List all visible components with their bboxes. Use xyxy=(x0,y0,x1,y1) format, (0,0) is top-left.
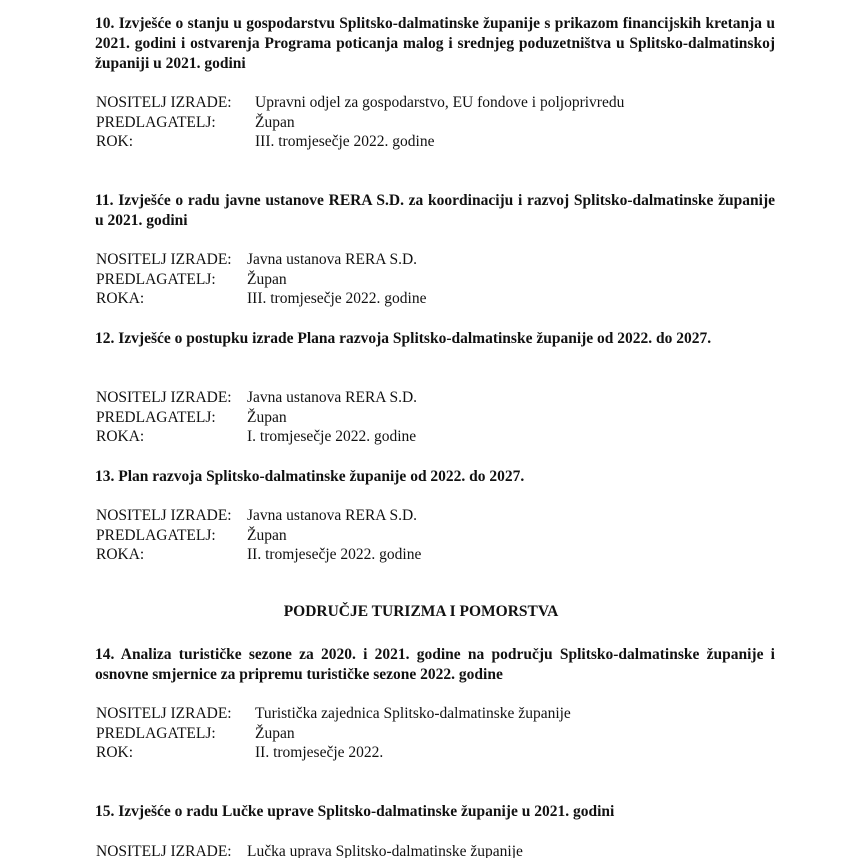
nositelj-label: NOSITELJ IZRADE: xyxy=(96,250,247,270)
nositelj-label: NOSITELJ IZRADE: xyxy=(96,388,247,408)
rok-value: II. tromjesečje 2022. xyxy=(255,743,383,763)
rok-label: ROK: xyxy=(96,743,255,763)
item-11-heading: 11. Izvješće o radu javne ustanove RERA … xyxy=(95,191,775,231)
item-15-meta: NOSITELJ IZRADE:Lučka uprava Splitsko-da… xyxy=(96,842,523,858)
item-15-heading: 15. Izvješće o radu Lučke uprave Splitsk… xyxy=(95,802,775,822)
nositelj-label: NOSITELJ IZRADE: xyxy=(96,93,255,113)
rok-label: ROKA: xyxy=(96,545,247,565)
predlagatelj-label: PREDLAGATELJ: xyxy=(96,408,247,428)
rok-label: ROK: xyxy=(96,132,255,152)
item-13-meta: NOSITELJ IZRADE:Javna ustanova RERA S.D.… xyxy=(96,506,421,565)
nositelj-value: Lučka uprava Splitsko-dalmatinske župani… xyxy=(247,842,523,858)
predlagatelj-value: Župan xyxy=(247,408,287,428)
rok-label: ROKA: xyxy=(96,289,247,309)
item-12-meta: NOSITELJ IZRADE:Javna ustanova RERA S.D.… xyxy=(96,388,417,447)
item-11-meta: NOSITELJ IZRADE:Javna ustanova RERA S.D.… xyxy=(96,250,426,309)
item-10-meta: NOSITELJ IZRADE:Upravni odjel za gospoda… xyxy=(96,93,624,152)
item-10-heading: 10. Izvješće o stanju u gospodarstvu Spl… xyxy=(95,14,775,74)
predlagatelj-label: PREDLAGATELJ: xyxy=(96,270,247,290)
nositelj-value: Turistička zajednica Splitsko-dalmatinsk… xyxy=(255,704,571,724)
predlagatelj-label: PREDLAGATELJ: xyxy=(96,526,247,546)
predlagatelj-value: Župan xyxy=(247,526,287,546)
section-title: PODRUČJE TURIZMA I POMORSTVA xyxy=(0,603,842,621)
item-12-heading: 12. Izvješće o postupku izrade Plana raz… xyxy=(95,329,775,349)
predlagatelj-label: PREDLAGATELJ: xyxy=(96,724,255,744)
nositelj-label: NOSITELJ IZRADE: xyxy=(96,704,255,724)
nositelj-value: Javna ustanova RERA S.D. xyxy=(247,250,417,270)
nositelj-value: Upravni odjel za gospodarstvo, EU fondov… xyxy=(255,93,624,113)
nositelj-label: NOSITELJ IZRADE: xyxy=(96,842,247,858)
predlagatelj-value: Župan xyxy=(255,724,295,744)
rok-value: I. tromjesečje 2022. godine xyxy=(247,427,416,447)
nositelj-value: Javna ustanova RERA S.D. xyxy=(247,506,417,526)
nositelj-label: NOSITELJ IZRADE: xyxy=(96,506,247,526)
document-page: 10. Izvješće o stanju u gospodarstvu Spl… xyxy=(0,0,842,858)
predlagatelj-value: Župan xyxy=(247,270,287,290)
item-13-heading: 13. Plan razvoja Splitsko-dalmatinske žu… xyxy=(95,467,775,487)
nositelj-value: Javna ustanova RERA S.D. xyxy=(247,388,417,408)
rok-value: III. tromjesečje 2022. godine xyxy=(247,289,426,309)
rok-label: ROKA: xyxy=(96,427,247,447)
item-14-meta: NOSITELJ IZRADE:Turistička zajednica Spl… xyxy=(96,704,571,763)
rok-value: III. tromjesečje 2022. godine xyxy=(255,132,434,152)
predlagatelj-label: PREDLAGATELJ: xyxy=(96,113,255,133)
rok-value: II. tromjesečje 2022. godine xyxy=(247,545,421,565)
item-14-heading: 14. Analiza turističke sezone za 2020. i… xyxy=(95,645,775,685)
predlagatelj-value: Župan xyxy=(255,113,295,133)
